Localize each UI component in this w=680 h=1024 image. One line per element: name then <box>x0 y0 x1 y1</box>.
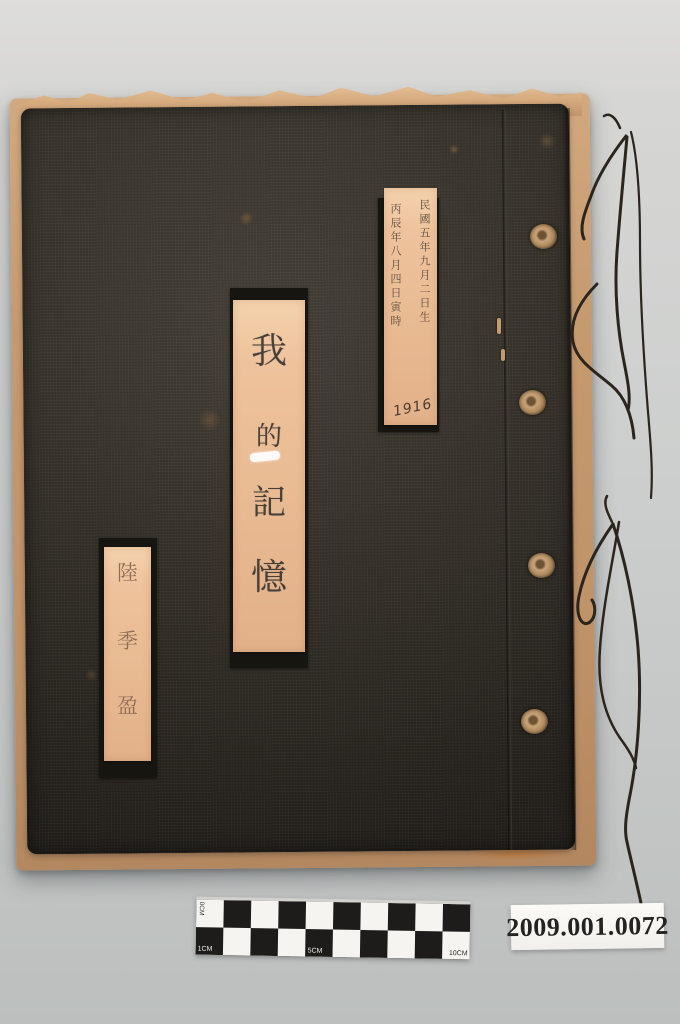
grommet-eyelet <box>528 553 555 578</box>
scale-label-0cm: 0CM <box>197 902 204 916</box>
name-label: 陸 季 盈 <box>104 547 151 761</box>
lacing-slit <box>497 318 501 334</box>
scale-bar: 0CM 1CM 5CM 10CM <box>196 897 471 960</box>
name-char: 盈 <box>117 694 138 719</box>
artifact-photo: 我 的 記 憶 民國五年九月二日生 丙辰年八月四日寅時 1916 陸 季 盈 0… <box>0 0 680 1024</box>
title-char: 記 <box>252 483 286 524</box>
title-char: 我 <box>251 330 287 373</box>
grommet-eyelet <box>519 390 546 415</box>
scale-label-1cm: 1CM <box>198 946 213 953</box>
lacing-slit <box>501 349 505 361</box>
scale-label-5cm: 5CM <box>308 948 323 955</box>
catalog-number: 2009.001.0072 <box>506 910 669 942</box>
grommet-eyelet <box>521 709 548 734</box>
title-label: 我 的 記 憶 <box>233 300 305 652</box>
date-year: 1916 <box>392 396 434 420</box>
grommet-eyelet <box>530 224 557 249</box>
title-char: 的 <box>256 422 282 453</box>
name-char: 陸 <box>117 561 138 586</box>
scale-label-10cm: 10CM <box>449 950 468 957</box>
name-char: 季 <box>117 629 138 654</box>
date-column-right: 民國五年九月二日生 <box>419 199 430 325</box>
correction-fluid-mark <box>250 451 281 463</box>
catalog-number-label: 2009.001.0072 <box>511 903 665 950</box>
title-char: 憶 <box>251 556 287 599</box>
date-label: 民國五年九月二日生 丙辰年八月四日寅時 1916 <box>384 188 437 425</box>
date-column-left: 丙辰年八月四日寅時 <box>390 203 401 329</box>
